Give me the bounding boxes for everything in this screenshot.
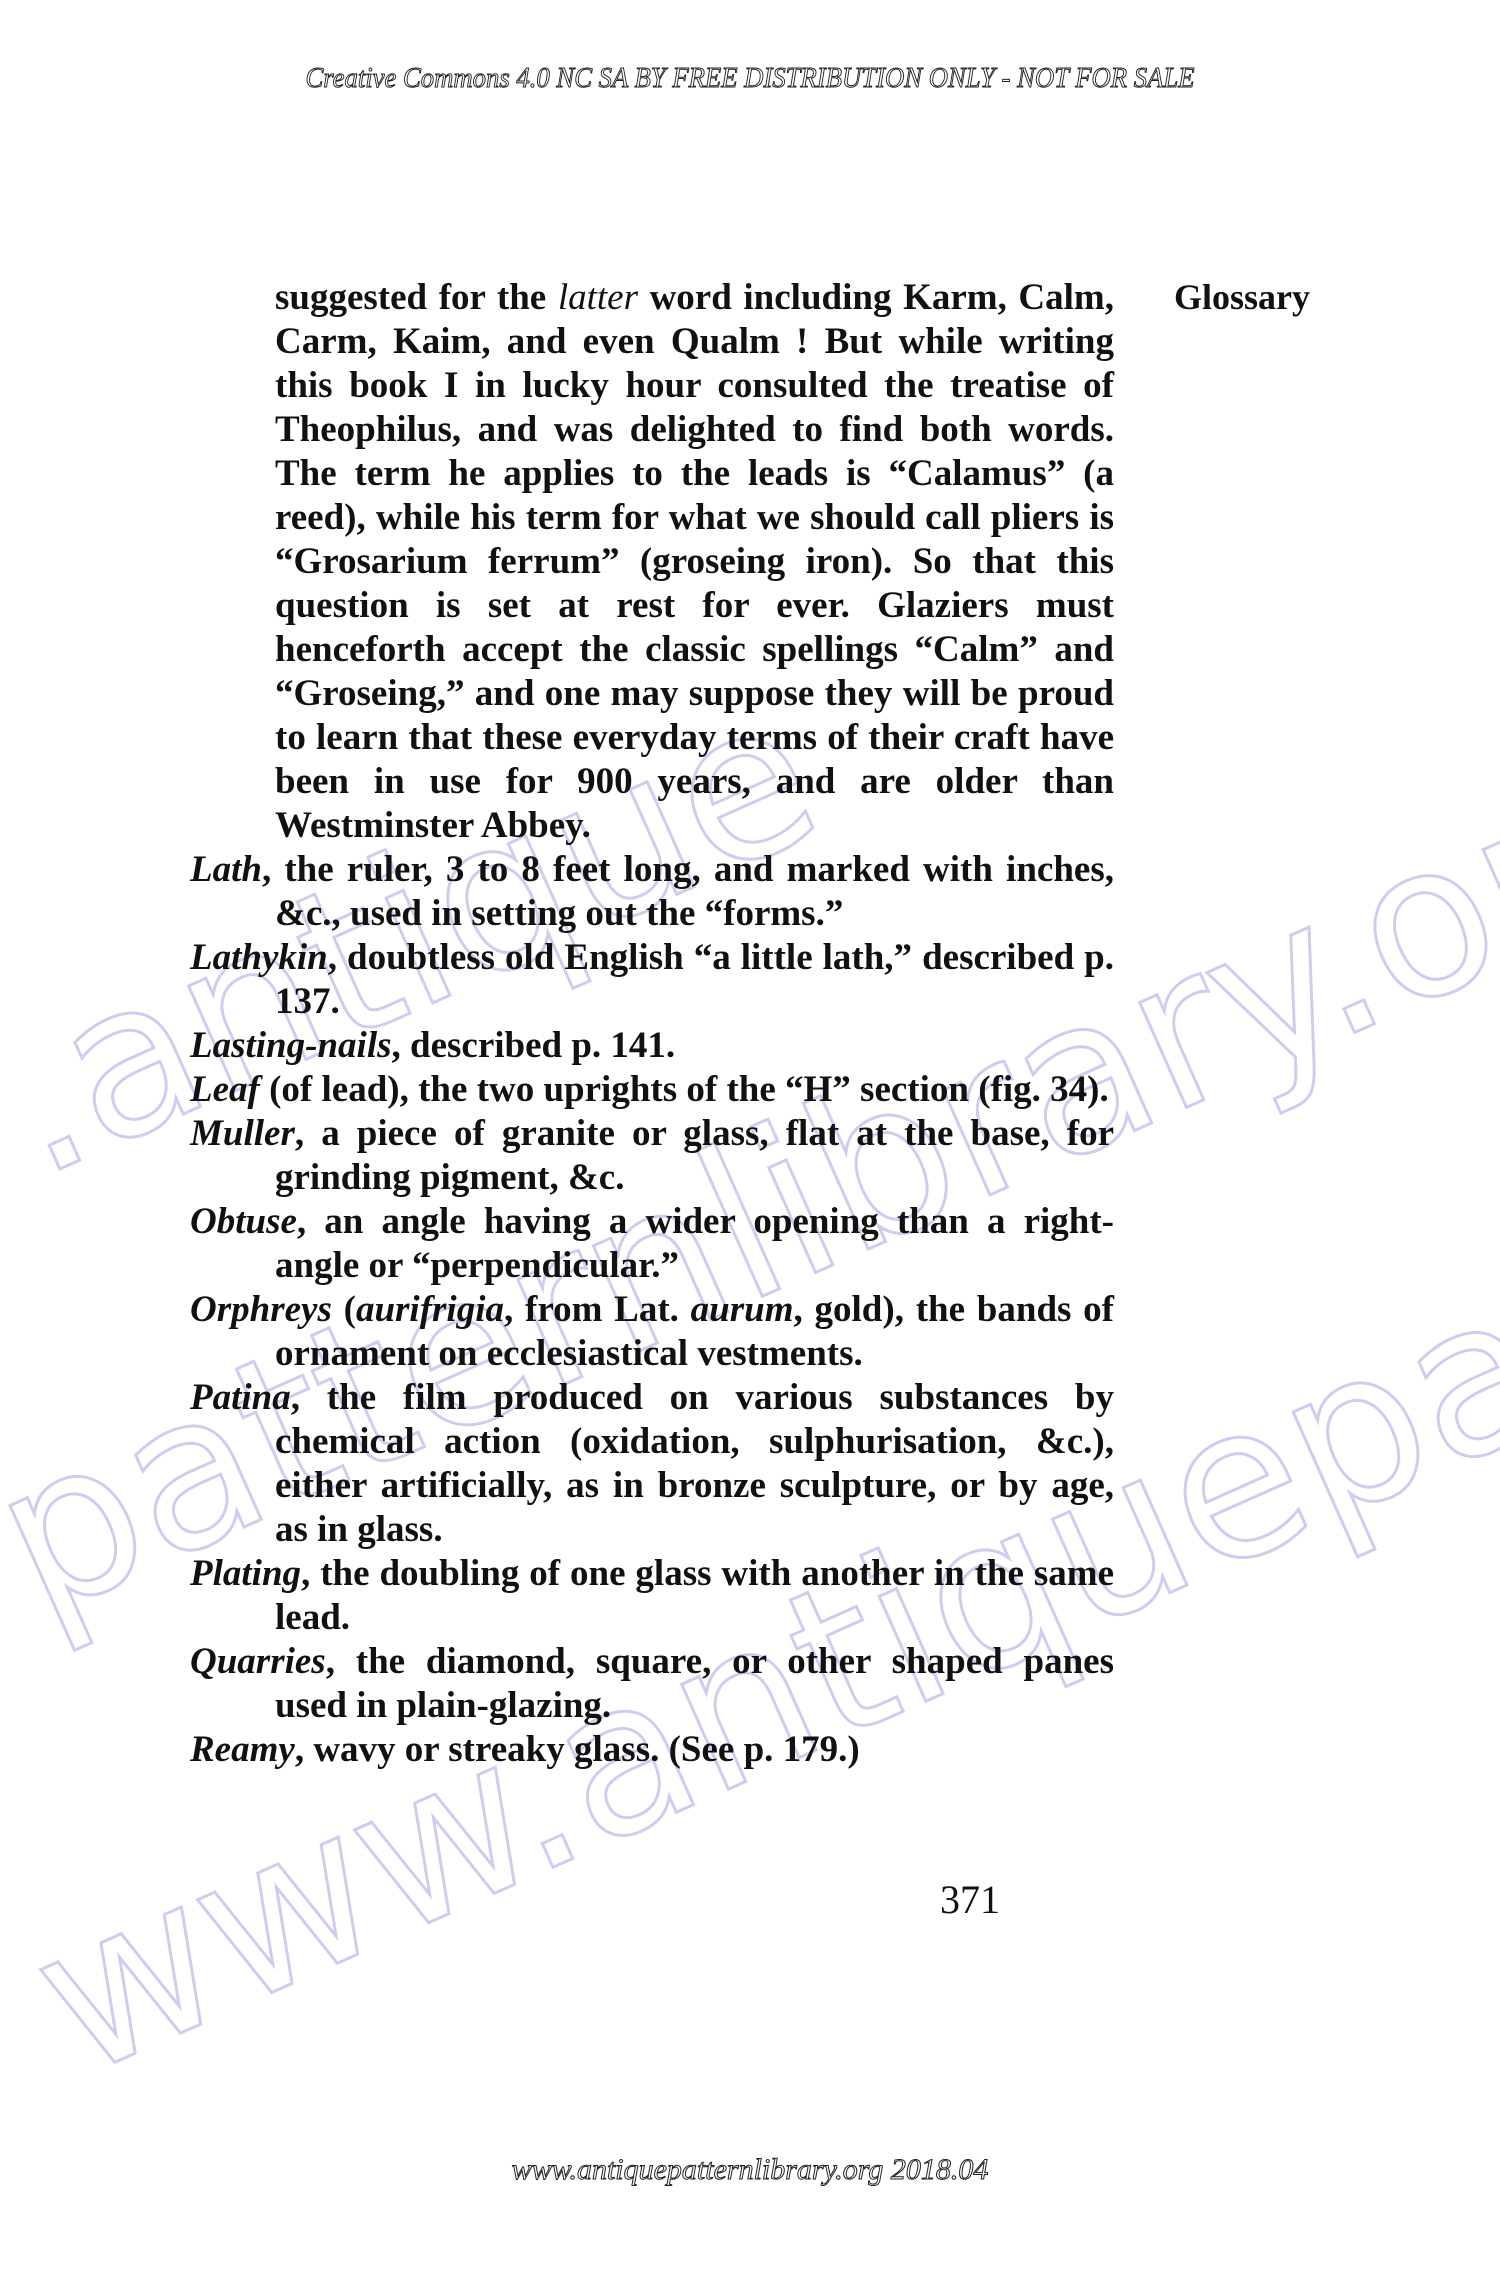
entry-term: Leaf [190,1069,260,1110]
entry-term: Reamy [190,1729,295,1770]
paragraph-italic: latter [558,277,638,318]
entry-definition: , the film produced on various substance… [275,1377,1114,1550]
entry-definition: , wavy or streaky glass. (See p. 179.) [295,1729,860,1770]
glossary-entry: Muller, a piece of granite or glass, fla… [190,1112,1114,1200]
entry-term: Lath [190,849,262,890]
entry-definition: , an angle having a wider opening than a… [275,1201,1114,1286]
entry-definition: , described p. 141. [392,1025,676,1066]
entry-italic: aurifrigia [356,1289,504,1330]
glossary-entry: Lasting-nails, described p. 141. [190,1024,1114,1068]
entry-term: Obtuse [190,1201,297,1242]
entry-definition: ( [332,1289,356,1330]
page-number: 371 [940,1876,1000,1923]
entry-definition: , doubtless old English “a little lath,”… [275,937,1114,1022]
entry-definition: , a piece of granite or glass, flat at t… [275,1113,1114,1198]
paragraph-text: suggested for the [275,277,558,318]
entry-term: Muller [190,1113,295,1154]
continued-paragraph: suggested for the latter word including … [190,276,1114,848]
entry-definition: , the doubling of one glass with another… [275,1553,1114,1638]
paragraph-text: word including Karm, Calm, Carm, Kaim, a… [275,277,1114,846]
glossary-entry: Lath, the ruler, 3 to 8 feet long, and m… [190,848,1114,936]
entry-term: Quarries [190,1641,326,1682]
glossary-entry: Patina, the film produced on various sub… [190,1376,1114,1552]
glossary-entry: Obtuse, an angle having a wider opening … [190,1200,1114,1288]
entry-term: Lasting-nails [190,1025,392,1066]
entry-definition: , the diamond, square, or other shaped p… [275,1641,1114,1726]
glossary-entry: Leaf (of lead), the two uprights of the … [190,1068,1114,1112]
entry-term: Patina [190,1377,291,1418]
glossary-text: suggested for the latter word including … [190,276,1114,1772]
entry-definition: , the ruler, 3 to 8 feet long, and marke… [262,849,1114,934]
glossary-entry: Quarries, the diamond, square, or other … [190,1640,1114,1728]
entry-term: Orphreys [190,1289,332,1330]
glossary-entry: Reamy, wavy or streaky glass. (See p. 17… [190,1728,1114,1772]
entry-term: Lathykin [190,937,328,978]
license-banner: Creative Commons 4.0 NC SA BY FREE DISTR… [60,62,1440,95]
footer-banner: www.antiquepatternlibrary.org 2018.04 [0,2153,1500,2187]
glossary-entry: Plating, the doubling of one glass with … [190,1552,1114,1640]
entry-italic: aurum [691,1289,794,1330]
entry-term: Plating [190,1553,301,1594]
glossary-entry: Orphreys (aurifrigia, from Lat. aurum, g… [190,1288,1114,1376]
section-heading: Glossary [1174,276,1310,318]
entry-definition: (of lead), the two uprights of the “H” s… [260,1069,1109,1110]
entry-definition: , from Lat. [504,1289,691,1330]
glossary-entry: Lathykin, doubtless old English “a littl… [190,936,1114,1024]
